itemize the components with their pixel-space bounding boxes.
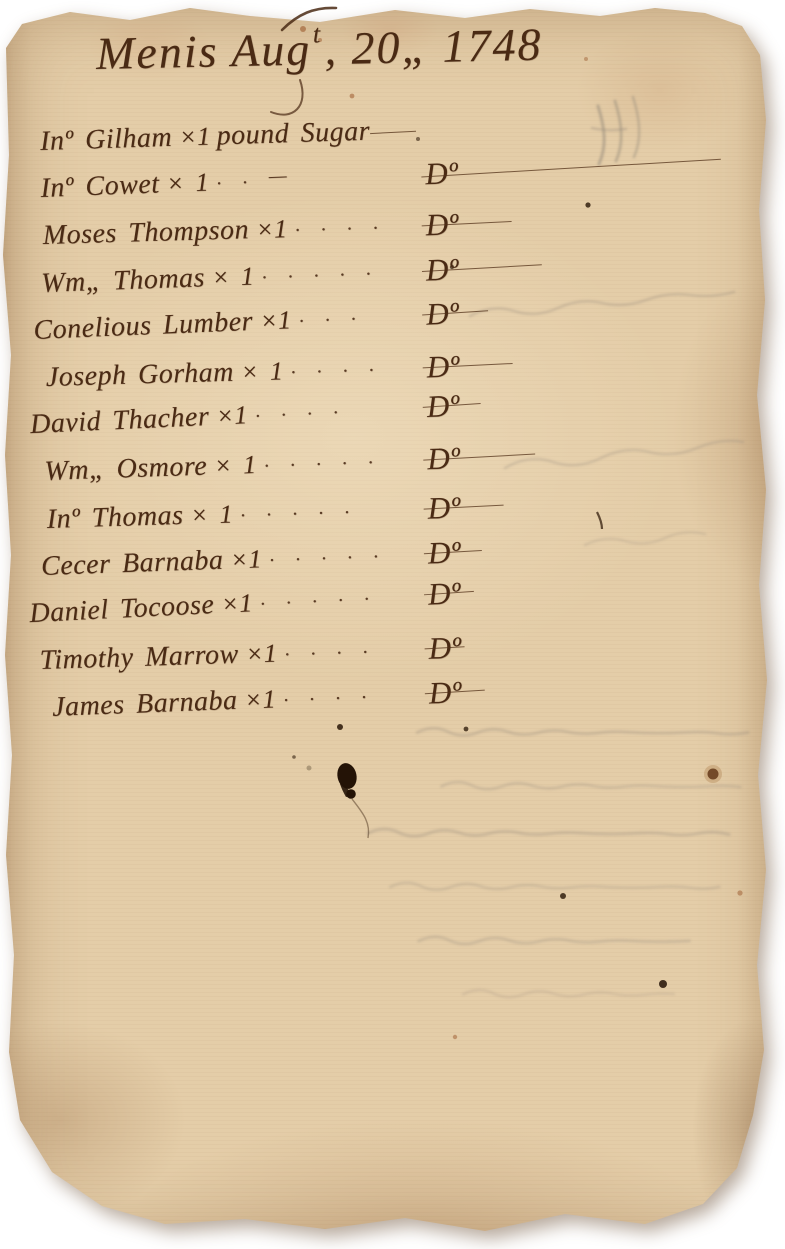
entry-quantity-mark: ×1 [220,588,253,620]
entry-name: Daniel Tocoose [29,589,215,630]
entry-dot-leader: . . . . . [254,255,426,284]
entry-dot-leader: . . . . [247,392,427,423]
entry-quantity-mark: ×1 [256,214,288,245]
scanned-manuscript-page: Menis Augt, 20„ 1748 Inº Gilham ×1 pound… [0,0,785,1249]
entry-item: Dº [427,534,461,571]
entry-dot-leader: . . . . . [261,538,428,567]
entry-quantity-mark: ×1 [216,400,249,431]
entry-dot-leader: . . . . [275,679,429,708]
entry-name: Inº Gilham [40,121,173,157]
entry-quantity-mark: × 1 [211,261,255,292]
entry-item: Dº [425,155,459,192]
entry-quantity-mark: × 1 [166,167,210,199]
title-superscript: t [313,19,323,48]
entry-dot-leader: . . . . . [256,445,427,474]
entry-name: Cecer Barnaba [41,544,224,582]
entry-name: James Barnaba [52,685,239,724]
entry-quantity-mark: ×1 [245,638,277,669]
entry-item: Dº [427,489,461,526]
manuscript-title: Menis Augt, 20„ 1748 [95,15,543,80]
entry-dot-leader: . . . . [277,634,429,662]
entry-item: Dº [428,674,462,711]
entry-item: pound Sugar [216,115,370,152]
entry-name: Moses Thompson [42,214,249,252]
entry-name: Inº Cowet [40,168,160,205]
entry-item: Dº [428,629,462,666]
entry-item: Dº [426,387,461,424]
entry-name: Wm„ Osmore [44,450,208,487]
entry-quantity-mark: × 1 [214,450,258,481]
entry-quantity-mark: ×1 [179,121,211,152]
entry-dot-leader: . . . . [283,352,427,379]
entry-quantity-mark: ×1 [230,544,263,575]
manuscript-content: Menis Augt, 20„ 1748 Inº Gilham ×1 pound… [0,0,785,1249]
title-text: Menis Aug [95,23,311,78]
entry-item: Dº [425,295,459,332]
entry-dot-leader: . . . . . [233,493,428,522]
entry-item: Dº [425,206,459,243]
entry-item: Dº [427,440,461,477]
entry-dot-leader: . . — [208,160,425,191]
entry-dot-leader: . . . [291,299,427,328]
entry-quantity-mark: ×1 [244,684,277,715]
entry-item: Dº [426,348,460,385]
title-date: , 20„ 1748 [324,19,543,75]
entry-name: Conelious Lumber [33,305,254,346]
entry-item: Dº [427,574,462,612]
entry-quantity-mark: × 1 [190,499,233,530]
entry-dot-leader: . . . . . [252,580,428,612]
entry-name: Timothy Marrow [39,638,239,676]
entry-name: Wm„ Thomas [41,261,206,299]
entry-name: Joseph Gorham [45,356,234,393]
entry-dot-leader: . . . . [287,211,426,238]
ledger-entries: Inº Gilham ×1 pound Sugar Inº Cowet × 1 … [40,115,462,731]
entry-quantity-mark: ×1 [259,305,292,336]
entry-name: Inº Thomas [46,499,184,535]
entry-quantity-mark: × 1 [240,356,283,387]
entry-name: David Thacher [29,401,210,441]
entry-item: Dº [425,251,459,288]
